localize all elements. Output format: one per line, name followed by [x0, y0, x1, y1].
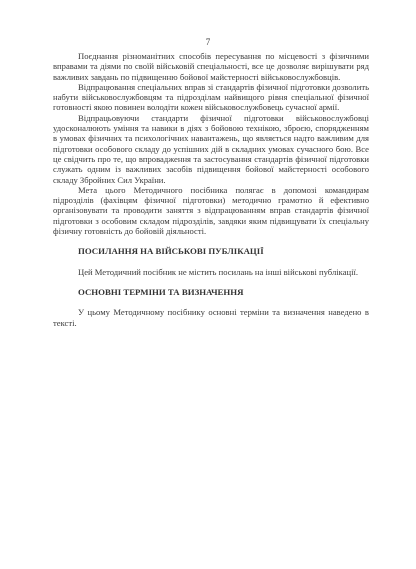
section-heading-references: ПОСИЛАННЯ НА ВІЙСЬКОВІ ПУБЛІКАЦІЇ: [53, 246, 369, 256]
paragraph-standards-practice: Відпрацьовуючи стандарти фізичної підгот…: [53, 113, 369, 185]
page-body: Поєднання різноманітних способів пересув…: [53, 51, 369, 328]
section-text-references: Цей Методичний посібник не містить посил…: [53, 267, 369, 277]
paragraph-manual-purpose: Мета цього Методичного посібника полягає…: [53, 185, 369, 236]
paragraph-special-exercises: Відпрацювання спеціальних вправ зі станд…: [53, 82, 369, 113]
document-page: 7 Поєднання різноманітних способів перес…: [0, 0, 416, 569]
paragraph-movement-methods: Поєднання різноманітних способів пересув…: [53, 51, 369, 82]
page-number: 7: [0, 37, 416, 48]
section-text-terms: У цьому Методичному посібнику основні те…: [53, 307, 369, 328]
section-heading-terms: ОСНОВНІ ТЕРМІНИ ТА ВИЗНАЧЕННЯ: [53, 287, 369, 297]
